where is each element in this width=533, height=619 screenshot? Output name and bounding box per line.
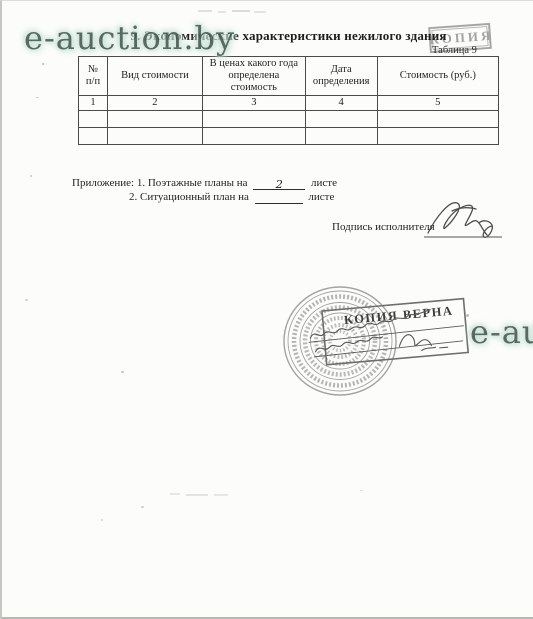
attachment-1-suffix: листе xyxy=(311,177,337,189)
table-cell xyxy=(305,111,377,128)
scanned-document-page: e-auction.by e-au 9. Экономические харак… xyxy=(0,0,533,619)
scan-smudge xyxy=(186,494,208,496)
scan-speck xyxy=(42,63,44,65)
scan-smudge xyxy=(170,493,180,495)
scan-smudge xyxy=(254,11,266,13)
table-row xyxy=(79,128,499,145)
watermark-e-auction: e-auction.by xyxy=(24,19,235,57)
attachment-2-blank xyxy=(255,191,303,204)
attachment-2-prefix: 2. Ситуационный план на xyxy=(129,191,249,203)
attachment-1-prefix: 1. Поэтажные планы на xyxy=(137,177,248,189)
scan-smudge xyxy=(214,494,228,496)
table-header-row: № п/п Вид стоимости В ценах какого года … xyxy=(79,57,499,96)
table-cell xyxy=(305,128,377,145)
economic-characteristics-table: № п/п Вид стоимости В ценах какого года … xyxy=(78,56,499,145)
header-cell-date: Дата определения xyxy=(305,57,377,96)
round-seal xyxy=(284,287,396,395)
col-num-cell: 4 xyxy=(305,96,377,111)
table-cell xyxy=(79,111,108,128)
table-cell xyxy=(79,128,108,145)
col-num-cell: 5 xyxy=(377,96,498,111)
scan-speck xyxy=(36,97,39,98)
attachments-block: Приложение: 1. Поэтажные планы на 2 лист… xyxy=(72,176,337,204)
attachment-line-1: Приложение: 1. Поэтажные планы на 2 лист… xyxy=(72,176,337,190)
col-num-cell: 1 xyxy=(79,96,108,111)
executor-signature-label: Подпись исполнителя xyxy=(332,221,435,233)
scan-speck xyxy=(30,175,32,177)
header-cell-price-year: В ценах какого года определена стоимость xyxy=(202,57,305,96)
watermark-e-auction-partial: e-au xyxy=(470,313,533,351)
scan-speck xyxy=(25,299,28,301)
table-cell xyxy=(377,128,498,145)
header-cell-cost: Стоимость (руб.) xyxy=(377,57,498,96)
attachment-line-2: 2. Ситуационный план на листе xyxy=(72,190,337,204)
scan-smudge xyxy=(232,10,250,12)
scan-smudge xyxy=(198,10,212,12)
table-row xyxy=(79,111,499,128)
table-cell xyxy=(202,111,305,128)
scan-speck xyxy=(360,490,363,491)
attachment-2-suffix: листе xyxy=(308,191,334,203)
column-number-row: 1 2 3 4 5 xyxy=(79,96,499,111)
table-caption: Таблица 9 xyxy=(432,45,492,56)
attachments-label: Приложение: xyxy=(72,177,134,189)
col-num-cell: 2 xyxy=(107,96,202,111)
table-cell xyxy=(377,111,498,128)
scan-speck xyxy=(121,371,124,373)
scan-smudge xyxy=(218,11,226,13)
table-cell xyxy=(107,128,202,145)
table-cell xyxy=(107,111,202,128)
attachment-1-blank: 2 xyxy=(253,177,305,190)
header-cell-value-type: Вид стоимости xyxy=(107,57,202,96)
scan-speck xyxy=(141,506,144,508)
header-cell-num: № п/п xyxy=(79,57,108,96)
table-cell xyxy=(202,128,305,145)
executor-signature-handwriting xyxy=(422,197,508,243)
scan-speck xyxy=(101,519,103,521)
col-num-cell: 3 xyxy=(202,96,305,111)
stamps-group: КОПИЯ ВЕРНА xyxy=(274,283,479,403)
